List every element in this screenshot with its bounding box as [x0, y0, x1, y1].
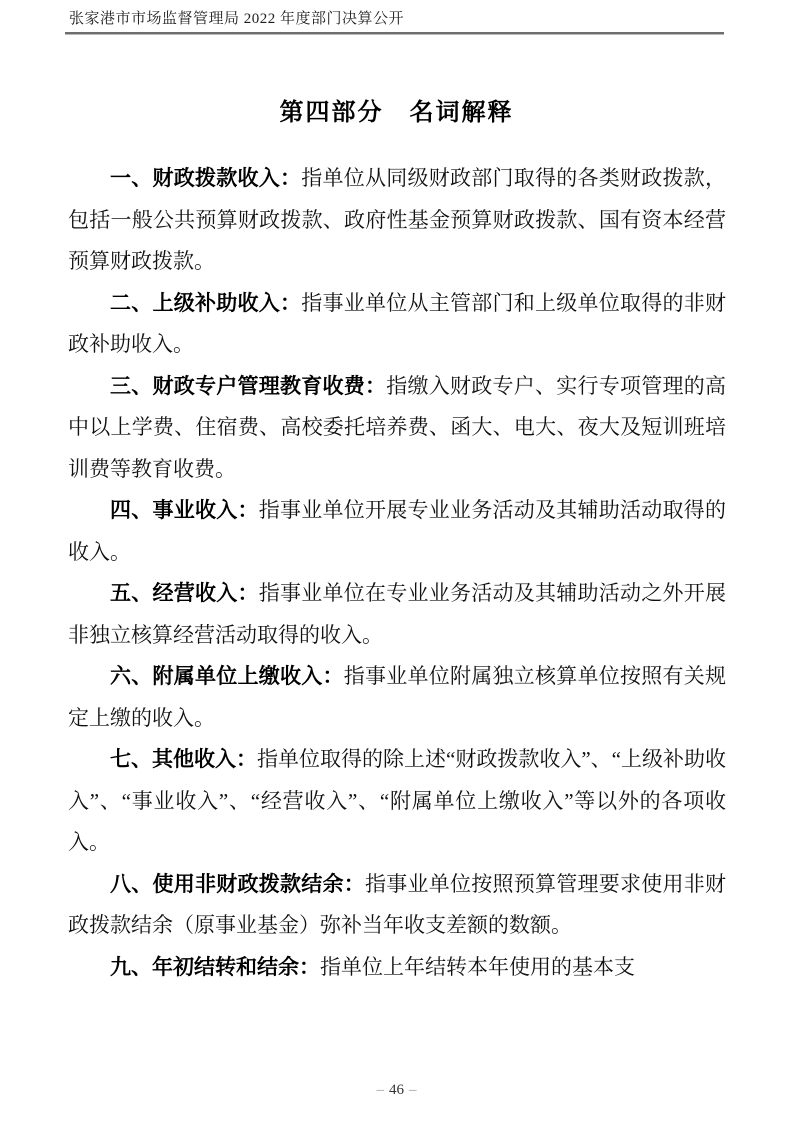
term-label: 四、事业收入： [110, 498, 259, 522]
page-number: 46 [389, 1082, 404, 1098]
paragraph-3: 三、财政专户管理教育收费：指缴入财政专户、实行专项管理的高中以上学费、住宿费、高… [68, 366, 726, 491]
term-label: 五、经营收入： [110, 581, 259, 605]
paragraph-7: 七、其他收入：指单位取得的除上述“财政拨款收入”、“上级补助收入”、“事业收入”… [68, 739, 726, 864]
paragraph-1: 一、财政拨款收入：指单位从同级财政部门取得的各类财政拨款，包括一般公共预算财政拨… [68, 158, 726, 283]
term-label: 六、附属单位上缴收入： [110, 664, 344, 688]
paragraph-6: 六、附属单位上缴收入：指事业单位附属独立核算单位按照有关规定上缴的收入。 [68, 656, 726, 739]
term-label: 九、年初结转和结余： [110, 955, 320, 979]
term-label: 三、财政专户管理教育收费： [110, 374, 386, 398]
paragraph-9: 九、年初结转和结余：指单位上年结转本年使用的基本支 [68, 947, 726, 989]
term-label: 八、使用非财政拨款结余： [110, 872, 365, 896]
paragraph-2: 二、上级补助收入：指事业单位从主管部门和上级单位取得的非财政补助收入。 [68, 283, 726, 366]
page-header: 张家港市市场监督管理局 2022 年度部门决算公开 [65, 10, 724, 35]
footer-dash-right: – [409, 1082, 417, 1098]
page-title: 第四部分 名词解释 [0, 96, 793, 130]
page-footer: –46– [0, 1080, 793, 1100]
document-page: 张家港市市场监督管理局 2022 年度部门决算公开 第四部分 名词解释 一、财政… [0, 0, 793, 1122]
term-label: 一、财政拨款收入： [110, 166, 301, 190]
footer-dash-left: – [377, 1082, 385, 1098]
paragraph-4: 四、事业收入：指事业单位开展专业业务活动及其辅助活动取得的收入。 [68, 490, 726, 573]
paragraph-5: 五、经营收入：指事业单位在专业业务活动及其辅助活动之外开展非独立核算经营活动取得… [68, 573, 726, 656]
term-label: 二、上级补助收入： [110, 291, 301, 315]
term-label: 七、其他收入： [110, 747, 257, 771]
header-rule [65, 32, 724, 35]
header-text: 张家港市市场监督管理局 2022 年度部门决算公开 [69, 10, 724, 29]
term-definition: 指单位上年结转本年使用的基本支 [320, 955, 635, 979]
document-body: 一、财政拨款收入：指单位从同级财政部门取得的各类财政拨款，包括一般公共预算财政拨… [68, 158, 726, 988]
paragraph-8: 八、使用非财政拨款结余：指事业单位按照预算管理要求使用非财政拨款结余（原事业基金… [68, 864, 726, 947]
